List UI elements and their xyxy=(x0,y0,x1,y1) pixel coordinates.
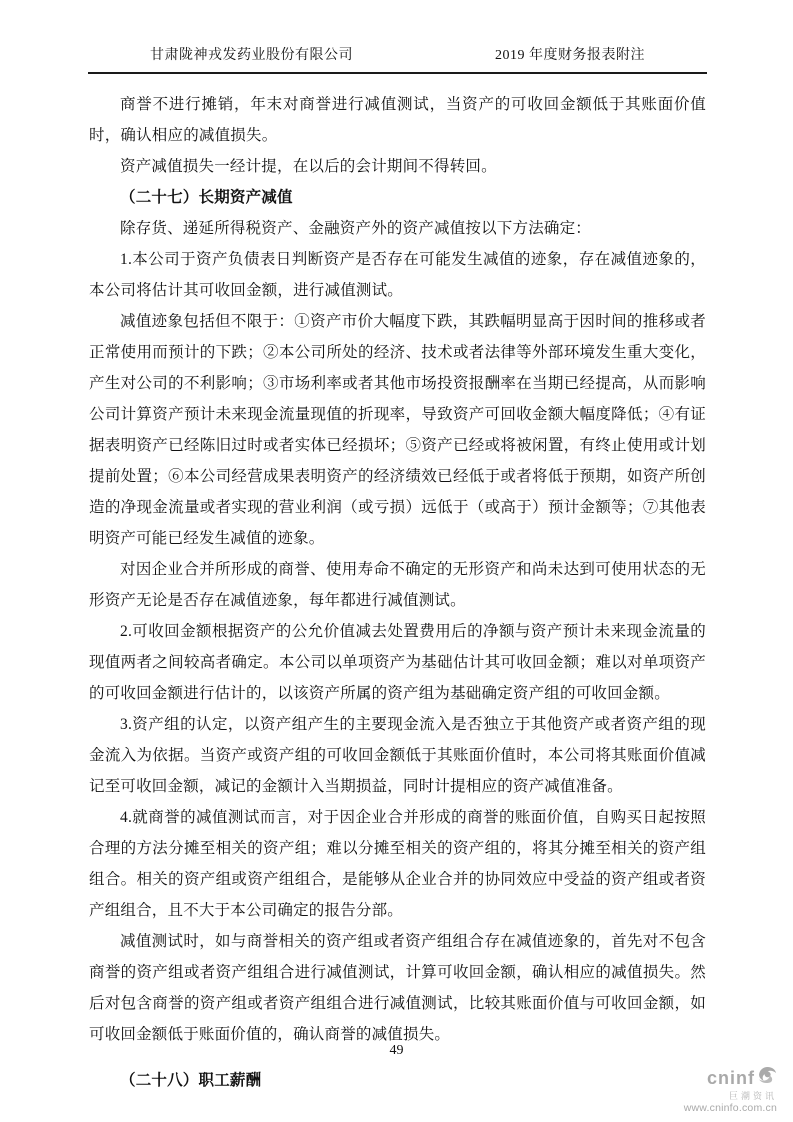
cninfo-url: www.cninfo.com.cn xyxy=(684,1102,777,1114)
paragraph: 减值迹象包括但不限于：①资产市价大幅度下跌，其跌幅明显高于因时间的推移或者正常使… xyxy=(89,306,706,554)
paragraph: 2.可收回金额根据资产的公允价值减去处置费用后的净额与资产预计未来现金流量的现值… xyxy=(89,616,706,709)
paragraph: 减值测试时，如与商誉相关的资产组或者资产组组合存在减值迹象的，首先对不包含商誉的… xyxy=(89,926,706,1050)
company-name: 甘肃陇神戎发药业股份有限公司 xyxy=(150,44,353,64)
page-number: 49 xyxy=(0,1043,793,1059)
paragraph: 4.就商誉的减值测试而言，对于因企业合并形成的商誉的账面价值，自购买日起按照合理… xyxy=(89,802,706,926)
paragraph: 1.本公司于资产负债表日判断资产是否存在可能发生减值的迹象，存在减值迹象的，本公… xyxy=(89,244,706,306)
document-page: 甘肃陇神戎发药业股份有限公司 2019 年度财务报表附注 商誉不进行摊销，年末对… xyxy=(0,0,793,1122)
paragraph: 商誉不进行摊销，年末对商誉进行减值测试，当资产的可收回金额低于其账面价值时，确认… xyxy=(89,89,706,151)
document-body: 商誉不进行摊销，年末对商誉进行减值测试，当资产的可收回金额低于其账面价值时，确认… xyxy=(89,89,706,1096)
cninfo-watermark: cninf 巨潮资讯 www.cninfo.com.cn xyxy=(684,1066,777,1114)
cninfo-swirl-icon xyxy=(757,1066,777,1089)
cninfo-logo-text: cninf xyxy=(707,1068,755,1089)
paragraph: 除存货、递延所得税资产、金融资产外的资产减值按以下方法确定： xyxy=(89,213,706,244)
report-title: 2019 年度财务报表附注 xyxy=(495,44,645,64)
paragraph: 3.资产组的认定，以资产组产生的主要现金流入是否独立于其他资产或者资产组的现金流… xyxy=(89,709,706,802)
paragraph: 对因企业合并所形成的商誉、使用寿命不确定的无形资产和尚未达到可使用状态的无形资产… xyxy=(89,554,706,616)
cninfo-brand-name: 巨潮资讯 xyxy=(684,1091,777,1101)
section-heading-27: （二十七）长期资产减值 xyxy=(89,182,706,213)
page-header: 甘肃陇神戎发药业股份有限公司 2019 年度财务报表附注 xyxy=(88,0,707,74)
paragraph: 资产减值损失一经计提，在以后的会计期间不得转回。 xyxy=(89,151,706,182)
section-heading-28: （二十八）职工薪酬 xyxy=(89,1065,706,1096)
